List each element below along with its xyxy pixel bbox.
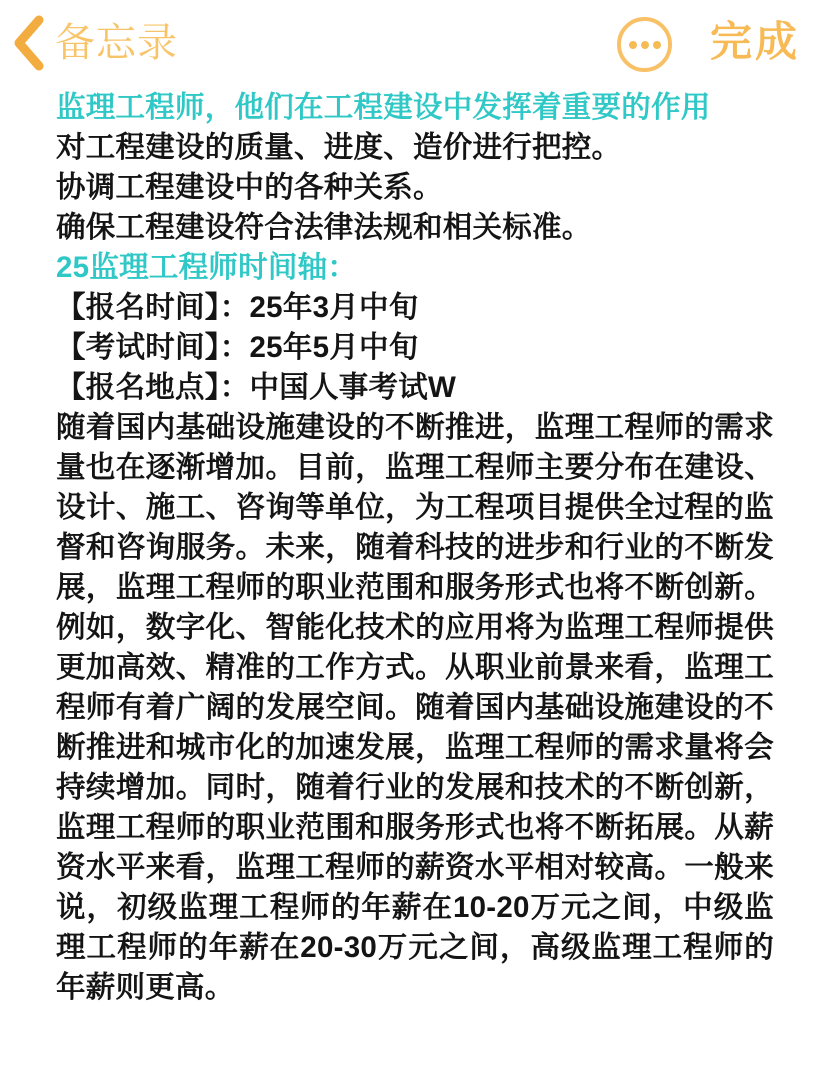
note-line: 对工程建设的质量、进度、造价进行把控。 [56,128,774,168]
note-line: 确保工程建设符合法律法规和相关标准。 [56,208,774,248]
note-line: 【报名地点】：中国人事考试W [56,368,774,408]
more-button[interactable] [617,17,672,72]
back-button[interactable]: 备忘录 [10,14,178,72]
note-line: 协调工程建设中的各种关系。 [56,168,774,208]
note-heading: 25监理工程师时间轴： [56,248,774,288]
back-label: 备忘录 [55,15,178,71]
note-heading: 监理工程师，他们在工程建设中发挥着重要的作用 [56,88,774,128]
note-line: 【报名时间】：25年3月中旬 [56,288,774,328]
note-editor[interactable]: 监理工程师，他们在工程建设中发挥着重要的作用 对工程建设的质量、进度、造价进行把… [56,88,774,1008]
note-line: 【考试时间】：25年5月中旬 [56,328,774,368]
chevron-left-icon [10,14,46,72]
nav-bar: 备忘录 完成 [0,0,822,86]
notes-app-screen: 备忘录 完成 监理工程师，他们在工程建设中发挥着重要的作用 对工程建设的质量、进… [0,0,822,1080]
done-button[interactable]: 完成 [710,16,800,68]
note-paragraph: 随着国内基础设施建设的不断推进，监理工程师的需求量也在逐渐增加。目前，监理工程师… [56,408,774,1008]
